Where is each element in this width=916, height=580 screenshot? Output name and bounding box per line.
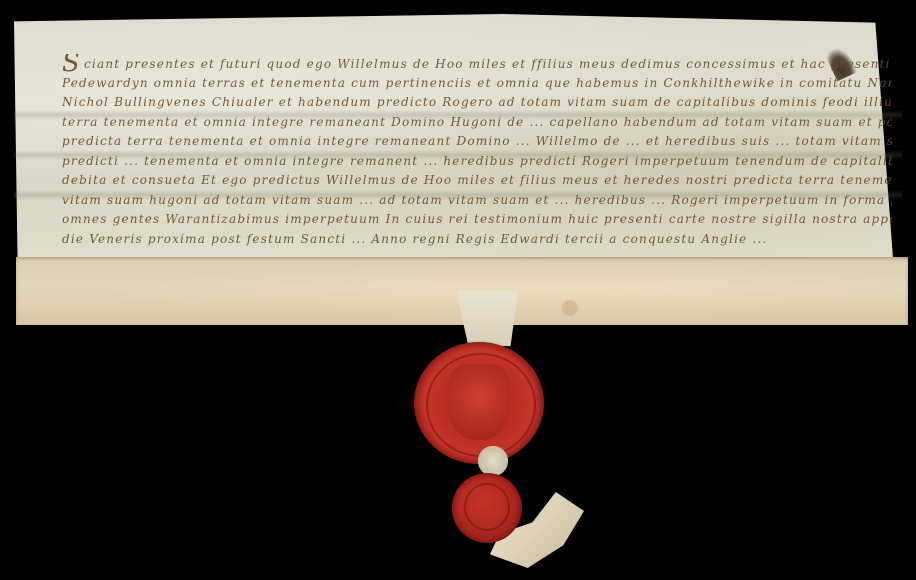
script-line: vitam suam hugoni ad totam vitam suam ..… bbox=[62, 191, 892, 211]
charter-text: Sciant presentes et futuri quod ego Will… bbox=[62, 54, 892, 249]
script-line: omnes gentes Warantizabimus imperpetuum … bbox=[62, 210, 892, 230]
script-line: predicti ... tenementa et omnia integre … bbox=[62, 152, 892, 172]
script-line: terra tenementa et omnia integre remanea… bbox=[62, 113, 892, 133]
seal-tag-knot bbox=[478, 446, 508, 476]
stain-spot bbox=[562, 300, 578, 316]
script-line: die Veneris proxima post festum Sancti .… bbox=[62, 230, 892, 250]
script-line: predicta terra tenementa et omnia integr… bbox=[62, 132, 892, 152]
seal-device-emblem bbox=[448, 364, 510, 440]
script-line: Sciant presentes et futuri quod ego Will… bbox=[62, 54, 892, 74]
charter: Sciant presentes et futuri quod ego Will… bbox=[12, 14, 908, 326]
script-line: debita et consueta Et ego predictus Will… bbox=[62, 171, 892, 191]
seal-legend-rim bbox=[464, 483, 510, 531]
script-line: Nichol Bullingvenes Chiualer et habendum… bbox=[62, 93, 892, 113]
parchment-seal-tag bbox=[456, 291, 518, 346]
small-wax-seal bbox=[452, 473, 522, 543]
script-line: Pedewardyn omnia terras et tenementa cum… bbox=[62, 74, 892, 94]
illuminated-initial: S bbox=[62, 54, 81, 74]
